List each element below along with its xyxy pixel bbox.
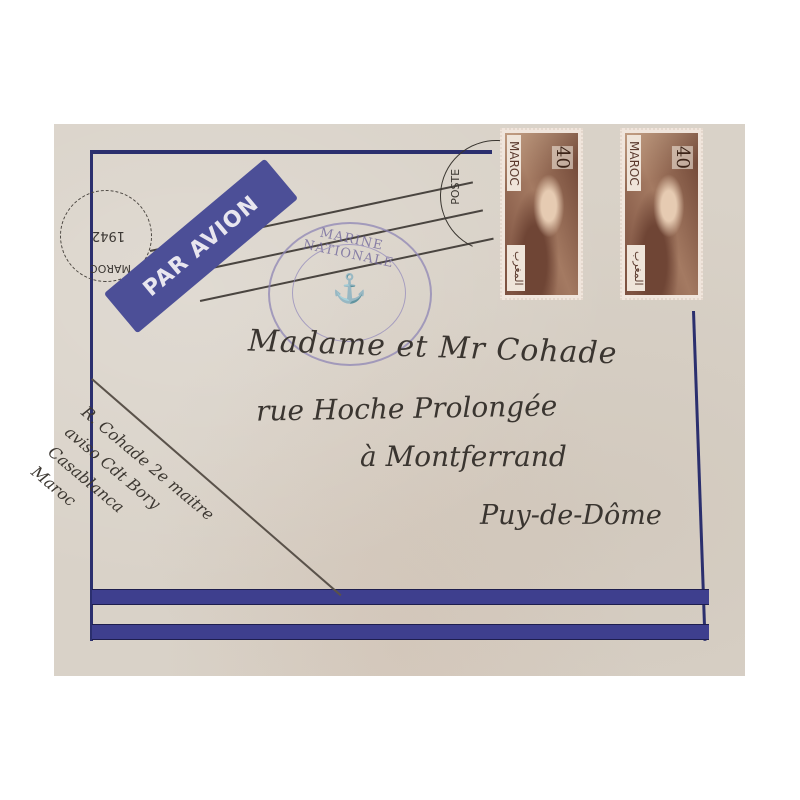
postmark-year: 1942 xyxy=(92,228,125,243)
stamp-country: MAROC xyxy=(507,135,521,191)
address-street: rue Hoche Prolongée xyxy=(256,389,558,427)
postage-stamp: MAROC 40 المغرب xyxy=(620,128,703,300)
postmark-text: POSTE xyxy=(449,169,462,205)
stamp-country: MAROC xyxy=(627,135,641,191)
airmail-stripe xyxy=(92,589,709,605)
address-department: Puy-de-Dôme xyxy=(480,500,662,531)
postage-stamp: MAROC 40 المغرب xyxy=(500,128,583,300)
address-city: à Montferrand xyxy=(360,440,567,473)
stamp-value: 40 xyxy=(672,146,693,169)
anchor-icon: ⚓ xyxy=(332,272,367,305)
stamp-artwork: MAROC 40 المغرب xyxy=(505,133,578,295)
stamp-arabic-text: المغرب xyxy=(507,245,525,291)
airmail-stripe xyxy=(92,624,709,640)
airmail-border-top xyxy=(92,150,492,154)
stamp-artwork: MAROC 40 المغرب xyxy=(625,133,698,295)
postmark-place: MAROC xyxy=(90,262,131,275)
stamp-value: 40 xyxy=(552,146,573,169)
stamp-arabic-text: المغرب xyxy=(627,245,645,291)
